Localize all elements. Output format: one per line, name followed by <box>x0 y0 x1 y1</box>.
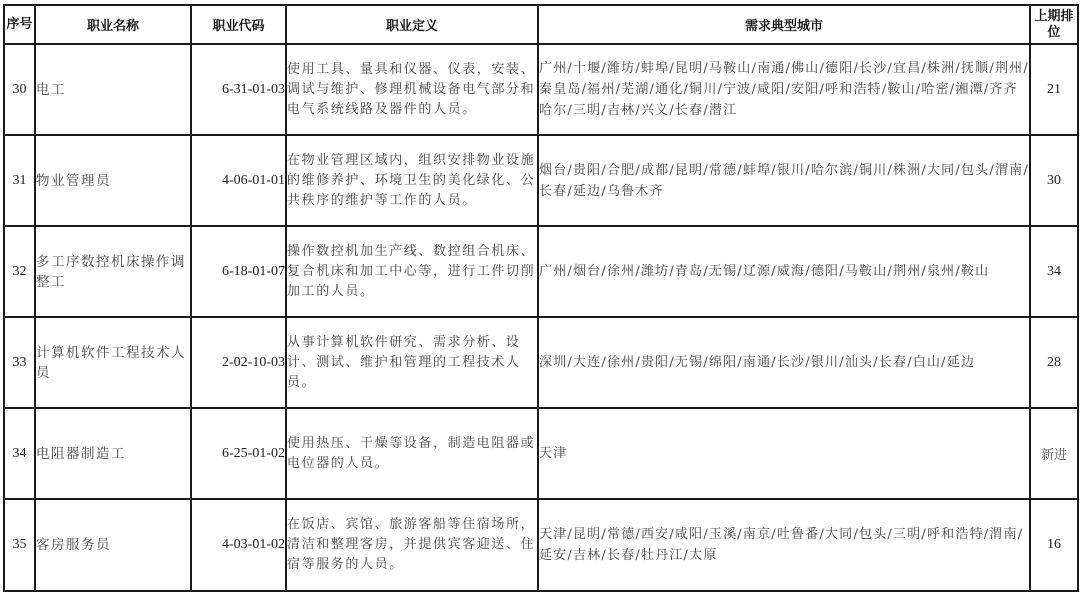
occupation-code: 4-06-01-01 <box>191 135 286 226</box>
header-cities: 需求典型城市 <box>538 5 1030 44</box>
row-index: 35 <box>4 499 35 591</box>
occupation-definition: 在饭店、宾馆、旅游客船等住宿场所，清洁和整理客房，并提供宾客迎送、住宿等服务的人… <box>286 499 538 591</box>
previous-rank: 16 <box>1030 499 1078 591</box>
demand-cities: 烟台/贵阳/合肥/成都/昆明/常德/蚌埠/银川/哈尔滨/铜川/株洲/大同/包头/… <box>538 135 1030 226</box>
table-row: 30 电工 6-31-01-03 使用工具、量具和仪器、仪表，安装、调试与维护、… <box>4 44 1078 135</box>
previous-rank: 34 <box>1030 226 1078 317</box>
table-row: 33 计算机软件工程技术人员 2-02-10-03 从事计算机软件研究、需求分析… <box>4 317 1078 408</box>
occupation-definition: 在物业管理区域内，组织安排物业设施的维修养护、环境卫生的美化绿化、公共秩序的维护… <box>286 135 538 226</box>
header-previous-rank: 上期排位 <box>1030 5 1078 44</box>
header-definition: 职业定义 <box>286 5 538 44</box>
occupation-definition: 从事计算机软件研究、需求分析、设计、测试、维护和管理的工程技术人员。 <box>286 317 538 408</box>
occupation-name: 多工序数控机床操作调整工 <box>35 226 191 317</box>
row-index: 34 <box>4 408 35 499</box>
occupation-code: 6-18-01-07 <box>191 226 286 317</box>
demand-cities: 天津 <box>538 408 1030 499</box>
occupation-name: 计算机软件工程技术人员 <box>35 317 191 408</box>
header-name: 职业名称 <box>35 5 191 44</box>
occupation-demand-table: 序号 职业名称 职业代码 职业定义 需求典型城市 上期排位 30 电工 6-31… <box>3 4 1079 592</box>
table-row: 34 电阻器制造工 6-25-01-02 使用热压、干燥等设备，制造电阻器或电位… <box>4 408 1078 499</box>
occupation-code: 6-25-01-02 <box>191 408 286 499</box>
demand-cities: 广州/烟台/徐州/潍坊/青岛/无锡/辽源/威海/德阳/马鞍山/荆州/泉州/鞍山 <box>538 226 1030 317</box>
row-index: 32 <box>4 226 35 317</box>
occupation-definition: 使用热压、干燥等设备，制造电阻器或电位器的人员。 <box>286 408 538 499</box>
previous-rank: 30 <box>1030 135 1078 226</box>
header-index: 序号 <box>4 5 35 44</box>
previous-rank: 28 <box>1030 317 1078 408</box>
occupation-code: 2-02-10-03 <box>191 317 286 408</box>
occupation-name: 电阻器制造工 <box>35 408 191 499</box>
previous-rank-new-entry: 新进 <box>1030 408 1078 499</box>
occupation-name: 客房服务员 <box>35 499 191 591</box>
occupation-name: 电工 <box>35 44 191 135</box>
occupation-definition: 操作数控机加生产线、数控组合机床、复合机床和加工中心等，进行工件切削加工的人员。 <box>286 226 538 317</box>
occupation-name: 物业管理员 <box>35 135 191 226</box>
occupation-code: 6-31-01-03 <box>191 44 286 135</box>
header-row: 序号 职业名称 职业代码 职业定义 需求典型城市 上期排位 <box>4 5 1078 44</box>
demand-cities: 广州/十堰/潍坊/蚌埠/昆明/马鞍山/南通/佛山/德阳/长沙/宜昌/株洲/抚顺/… <box>538 44 1030 135</box>
row-index: 31 <box>4 135 35 226</box>
demand-cities: 天津/昆明/常德/西安/咸阳/玉溪/南京/吐鲁番/大同/包头/三明/呼和浩特/渭… <box>538 499 1030 591</box>
table-row: 31 物业管理员 4-06-01-01 在物业管理区域内，组织安排物业设施的维修… <box>4 135 1078 226</box>
previous-rank: 21 <box>1030 44 1078 135</box>
occupation-definition: 使用工具、量具和仪器、仪表，安装、调试与维护、修理机械设备电气部分和电气系统线路… <box>286 44 538 135</box>
demand-cities: 深圳/大连/徐州/贵阳/无锡/绵阳/南通/长沙/银川/汕头/长春/白山/延边 <box>538 317 1030 408</box>
header-code: 职业代码 <box>191 5 286 44</box>
table-row: 32 多工序数控机床操作调整工 6-18-01-07 操作数控机加生产线、数控组… <box>4 226 1078 317</box>
table-row: 35 客房服务员 4-03-01-02 在饭店、宾馆、旅游客船等住宿场所，清洁和… <box>4 499 1078 591</box>
row-index: 30 <box>4 44 35 135</box>
occupation-code: 4-03-01-02 <box>191 499 286 591</box>
row-index: 33 <box>4 317 35 408</box>
